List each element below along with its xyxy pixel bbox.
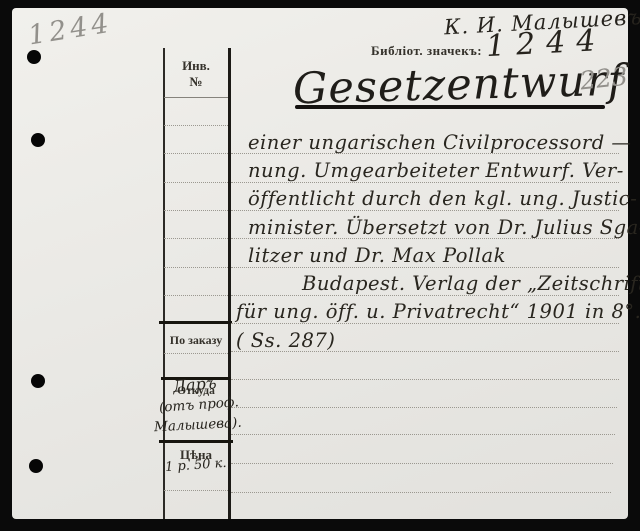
rule-line: [164, 97, 228, 98]
body-line: Budapest. Verlag der „Zeitschrift: [302, 270, 640, 298]
inventory-number-sign: №: [189, 74, 202, 89]
body-line: für ung. öff. u. Privatrecht“ 1901 in 8°…: [236, 298, 640, 326]
rule-line: [164, 238, 228, 239]
rule-line: [231, 379, 619, 380]
body-line: minister. Übersetzt von Dr. Julius Sga-: [248, 214, 640, 242]
rule-line: [231, 407, 617, 408]
body-line: nung. Umgearbeiteter Entwurf. Ver-: [248, 157, 624, 185]
punch-hole: [31, 374, 45, 388]
title-underline: [295, 105, 605, 109]
rule-line: [164, 125, 228, 126]
body-line: ( Ss. 287): [236, 327, 335, 355]
rule-line: [231, 492, 611, 493]
card-paper: 1244 К. И. Малышевъ. Библіот. значекъ: 1…: [12, 8, 628, 519]
price-handwritten-value: 1 р. 50 к.: [165, 456, 227, 475]
body-line: einer ungarischen Civilprocessord —: [248, 129, 631, 157]
rule-line: [164, 182, 228, 183]
rule-line: [164, 210, 228, 211]
rule-line: [231, 463, 613, 464]
inventory-label: Инв. №: [164, 58, 228, 91]
rule-line: [164, 353, 228, 354]
rule-line: [231, 434, 615, 435]
scanned-catalog-card: 1244 К. И. Малышевъ. Библіот. значекъ: 1…: [0, 0, 640, 531]
rule-line: [164, 295, 228, 296]
rule-line: [164, 267, 228, 268]
order-label: По заказу: [164, 333, 228, 348]
library-mark-label: Библіот. значекъ:: [371, 43, 482, 59]
punch-hole: [29, 459, 43, 473]
punch-hole: [31, 133, 45, 147]
origin-handwriting-line1: Даръ: [172, 373, 217, 396]
body-line: litzer und Dr. Max Pollak: [248, 242, 506, 270]
punch-hole: [27, 50, 41, 64]
cell-divider-thick: [159, 440, 233, 443]
column-divider-line: [228, 48, 231, 519]
inventory-label-text: Инв.: [182, 58, 210, 73]
pencil-number-top-left: 1244: [26, 8, 115, 52]
rule-line: [164, 490, 228, 491]
body-line: öffentlicht durch den kgl. ung. Justic-: [248, 185, 637, 213]
pencil-page-number: 223: [579, 62, 629, 96]
cell-divider-thick: [159, 321, 232, 324]
rule-line: [164, 153, 228, 154]
